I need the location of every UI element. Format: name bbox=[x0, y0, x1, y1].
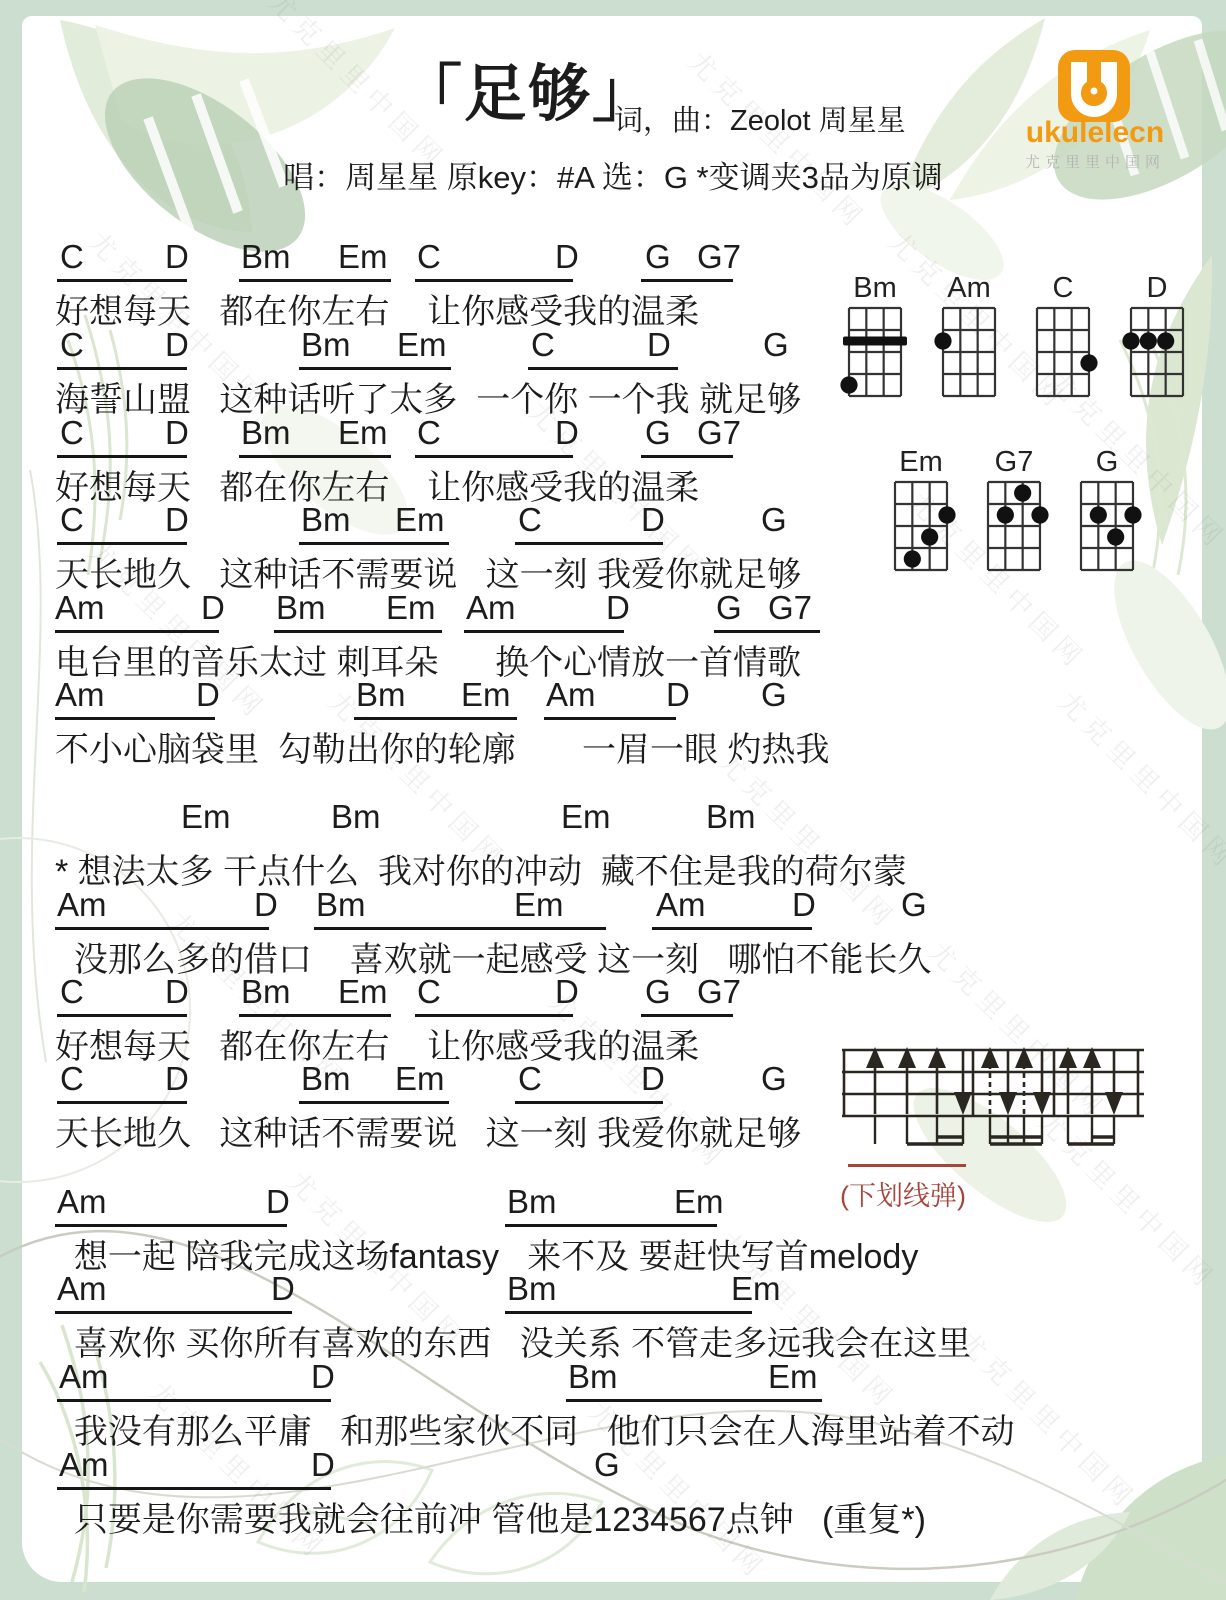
song-line: EmBmEmBm* 想法太多 干点什么 我对你的冲动 藏不住是我的荷尔蒙 bbox=[55, 798, 1205, 890]
chord-token-Bm: Bm bbox=[241, 238, 291, 276]
chord-token-Bm: Bm bbox=[241, 973, 291, 1011]
chord-token-Am: Am bbox=[59, 1358, 109, 1396]
chord-token-D: D bbox=[165, 973, 189, 1011]
song-line: AmDG 只要是你需要我就会往前冲 管他是1234567点钟 (重复*) bbox=[55, 1446, 1205, 1538]
chord-underline bbox=[57, 455, 187, 458]
chord-underline bbox=[55, 630, 219, 633]
song-line: AmDBmEmAmDG 没那么多的借口 喜欢就一起感受 这一刻 哪怕不能长久 bbox=[55, 886, 1205, 978]
chord-underline bbox=[55, 717, 215, 720]
chord-underline bbox=[641, 455, 733, 458]
chord-underline bbox=[239, 1014, 391, 1017]
chord-underline bbox=[354, 717, 517, 720]
chord-diagram-Em: Em bbox=[886, 446, 958, 580]
song-credits: 词，曲：Zeolot 周星星 bbox=[614, 98, 906, 139]
chord-token-D: D bbox=[266, 1183, 290, 1221]
chord-underline bbox=[57, 1101, 187, 1104]
chord-token-Em: Em bbox=[395, 1060, 445, 1098]
chord-token-Em: Em bbox=[674, 1183, 724, 1221]
lyric-line: 天长地久 这种话不需要说 这一刻 我爱你就足够 bbox=[55, 1106, 801, 1155]
chord-token-D: D bbox=[555, 414, 579, 452]
chord-token-Em: Em bbox=[338, 238, 388, 276]
chord-token-D: D bbox=[555, 973, 579, 1011]
chord-token-Am: Am bbox=[656, 886, 706, 924]
chord-token-C: C bbox=[60, 1060, 84, 1098]
chord-token-G: G bbox=[763, 326, 789, 364]
chord-token-G7: G7 bbox=[697, 973, 741, 1011]
chord-token-Am: Am bbox=[57, 1270, 107, 1308]
chord-underline bbox=[57, 1014, 187, 1017]
svg-text:C: C bbox=[1053, 272, 1074, 304]
chord-token-D: D bbox=[606, 589, 630, 627]
chord-token-D: D bbox=[666, 676, 690, 714]
chord-token-Am: Am bbox=[57, 1183, 107, 1221]
chord-token-G: G bbox=[761, 501, 787, 539]
chord-token-C: C bbox=[60, 326, 84, 364]
ukulele-logo-icon bbox=[1056, 48, 1132, 124]
chord-token-G: G bbox=[716, 589, 742, 627]
lyric-line: 只要是你需要我就会往前冲 管他是1234567点钟 (重复*) bbox=[55, 1492, 926, 1541]
chord-token-C: C bbox=[60, 501, 84, 539]
chord-token-C: C bbox=[518, 501, 542, 539]
chord-token-D: D bbox=[647, 326, 671, 364]
strum-annotation: (下划线弹) bbox=[840, 1174, 966, 1213]
song-line: AmDBmEmAmDG不小心脑袋里 勾勒出你的轮廓 一眉一眼 灼热我 bbox=[55, 676, 1205, 768]
svg-text:D: D bbox=[1147, 272, 1168, 304]
chord-token-C: C bbox=[60, 973, 84, 1011]
chord-token-Em: Em bbox=[181, 798, 231, 836]
song-line: AmDBmEm 想一起 陪我完成这场fantasy 来不及 要赶快写首melod… bbox=[55, 1183, 1205, 1275]
chord-token-G: G bbox=[645, 414, 671, 452]
chord-diagram-D: D bbox=[1122, 272, 1194, 406]
chord-line: AmDBmEmAmDG bbox=[55, 886, 1205, 930]
svg-text:G: G bbox=[1096, 446, 1119, 478]
chord-line: AmDBmEmAmDGG7 bbox=[55, 589, 1205, 633]
chord-token-D: D bbox=[311, 1446, 335, 1484]
chord-token-D: D bbox=[196, 676, 220, 714]
chord-line: CDBmEmCDGG7 bbox=[55, 973, 1205, 1017]
chord-underline bbox=[415, 455, 573, 458]
chord-underline bbox=[299, 542, 449, 545]
chord-diagram-Bm: Bm bbox=[840, 272, 912, 406]
chord-token-Bm: Bm bbox=[331, 798, 381, 836]
chord-diagram-Am: Am bbox=[934, 272, 1006, 406]
chord-token-Em: Em bbox=[561, 798, 611, 836]
chord-token-Am: Am bbox=[466, 589, 516, 627]
chord-token-D: D bbox=[254, 886, 278, 924]
chord-token-Bm: Bm bbox=[301, 501, 351, 539]
strum-pattern bbox=[838, 1034, 1148, 1174]
chord-token-Em: Em bbox=[768, 1358, 818, 1396]
chord-token-G: G bbox=[645, 238, 671, 276]
chord-underline bbox=[55, 1311, 292, 1314]
chord-token-Bm: Bm bbox=[507, 1270, 557, 1308]
chord-token-Am: Am bbox=[546, 676, 596, 714]
chord-token-Em: Em bbox=[338, 973, 388, 1011]
song-line: AmDBmEm 我没有那么平庸 和那些家伙不同 他们只会在人海里站着不动 bbox=[55, 1358, 1205, 1450]
chord-token-Em: Em bbox=[461, 676, 511, 714]
chord-line: EmBmEmBm bbox=[55, 798, 1205, 842]
chord-token-Bm: Bm bbox=[241, 414, 291, 452]
chord-underline bbox=[464, 630, 624, 633]
chord-line: AmDBmEm bbox=[55, 1270, 1205, 1314]
chord-underline bbox=[314, 927, 606, 930]
chord-token-Em: Em bbox=[731, 1270, 781, 1308]
chord-token-D: D bbox=[165, 414, 189, 452]
chord-underline bbox=[641, 279, 733, 282]
chord-token-C: C bbox=[531, 326, 555, 364]
chord-token-D: D bbox=[165, 326, 189, 364]
chord-underline bbox=[57, 1487, 331, 1490]
chord-underline bbox=[528, 367, 678, 370]
chord-underline bbox=[299, 367, 451, 370]
chord-underline bbox=[641, 1014, 733, 1017]
chord-diagram-G7: G7 bbox=[979, 446, 1051, 580]
chord-token-C: C bbox=[518, 1060, 542, 1098]
chord-line: AmDBmEmAmDG bbox=[55, 676, 1205, 720]
chord-token-Em: Em bbox=[338, 414, 388, 452]
svg-text:Em: Em bbox=[899, 446, 943, 478]
lyric-line: 不小心脑袋里 勾勒出你的轮廓 一眉一眼 灼热我 bbox=[55, 722, 829, 771]
chord-token-Bm: Bm bbox=[316, 886, 366, 924]
chord-token-D: D bbox=[165, 1060, 189, 1098]
chord-underline bbox=[57, 279, 187, 282]
chord-token-G7: G7 bbox=[697, 414, 741, 452]
chord-underline bbox=[57, 1399, 331, 1402]
chord-diagram-C: C bbox=[1028, 272, 1100, 406]
chord-underline bbox=[515, 1101, 663, 1104]
chord-line: AmDG bbox=[55, 1446, 1205, 1490]
chord-token-Em: Em bbox=[397, 326, 447, 364]
logo-name: ukulelecn bbox=[1015, 116, 1175, 150]
chord-diagram-G: G bbox=[1072, 446, 1144, 580]
chord-token-C: C bbox=[417, 238, 441, 276]
chord-underline bbox=[652, 927, 812, 930]
chord-token-G: G bbox=[761, 676, 787, 714]
chord-underline bbox=[415, 279, 573, 282]
logo-caption: 尤克里里中国网 bbox=[1015, 151, 1175, 172]
chord-underline bbox=[544, 717, 676, 720]
chord-token-D: D bbox=[792, 886, 816, 924]
svg-text:G7: G7 bbox=[995, 446, 1034, 478]
chord-token-G7: G7 bbox=[768, 589, 812, 627]
chord-token-G: G bbox=[901, 886, 927, 924]
chord-token-Bm: Bm bbox=[356, 676, 406, 714]
chord-underline bbox=[566, 1399, 822, 1402]
chord-token-D: D bbox=[641, 1060, 665, 1098]
chord-token-Bm: Bm bbox=[706, 798, 756, 836]
chord-token-D: D bbox=[641, 501, 665, 539]
chord-token-G: G bbox=[761, 1060, 787, 1098]
chord-token-Em: Em bbox=[395, 501, 445, 539]
chord-token-Bm: Bm bbox=[507, 1183, 557, 1221]
chord-token-Am: Am bbox=[57, 886, 107, 924]
chord-underline bbox=[57, 367, 187, 370]
chord-token-Am: Am bbox=[55, 676, 105, 714]
chord-underline bbox=[55, 1224, 287, 1227]
chord-token-Bm: Bm bbox=[568, 1358, 618, 1396]
chord-underline bbox=[505, 1224, 717, 1227]
chord-token-G: G bbox=[594, 1446, 620, 1484]
chord-token-C: C bbox=[60, 414, 84, 452]
chord-token-Am: Am bbox=[55, 589, 105, 627]
chord-token-D: D bbox=[201, 589, 225, 627]
chord-token-D: D bbox=[555, 238, 579, 276]
chord-underline bbox=[505, 1311, 752, 1314]
chord-underline bbox=[415, 1014, 573, 1017]
chord-token-D: D bbox=[271, 1270, 295, 1308]
chord-token-Em: Em bbox=[386, 589, 436, 627]
chord-underline bbox=[55, 927, 269, 930]
strum-underline-mark bbox=[848, 1164, 966, 1167]
chord-token-Bm: Bm bbox=[276, 589, 326, 627]
song-line: AmDBmEmAmDGG7电台里的音乐太过 刺耳朵 换个心情放一首情歌 bbox=[55, 589, 1205, 681]
svg-text:Am: Am bbox=[947, 272, 991, 304]
chord-token-Bm: Bm bbox=[301, 326, 351, 364]
chord-underline bbox=[299, 1101, 449, 1104]
chord-token-Am: Am bbox=[59, 1446, 109, 1484]
chord-underline bbox=[515, 542, 663, 545]
chord-underline bbox=[57, 542, 187, 545]
chord-underline bbox=[239, 279, 391, 282]
chord-token-D: D bbox=[165, 238, 189, 276]
chord-token-C: C bbox=[417, 973, 441, 1011]
song-line: AmDBmEm 喜欢你 买你所有喜欢的东西 没关系 不管走多远我会在这里 bbox=[55, 1270, 1205, 1362]
chord-line: AmDBmEm bbox=[55, 1358, 1205, 1402]
chord-token-G: G bbox=[645, 973, 671, 1011]
chord-token-C: C bbox=[60, 238, 84, 276]
chord-underline bbox=[239, 455, 391, 458]
chord-token-Bm: Bm bbox=[301, 1060, 351, 1098]
chord-underline bbox=[714, 630, 820, 633]
chord-token-G7: G7 bbox=[697, 238, 741, 276]
chord-line: AmDBmEm bbox=[55, 1183, 1205, 1227]
svg-text:Bm: Bm bbox=[853, 272, 897, 304]
chord-token-D: D bbox=[311, 1358, 335, 1396]
chord-token-Em: Em bbox=[514, 886, 564, 924]
chord-token-D: D bbox=[165, 501, 189, 539]
chord-underline bbox=[274, 630, 442, 633]
chord-token-C: C bbox=[417, 414, 441, 452]
sheet-canvas: 尤克里里中国网尤克里里中国网尤克里里中国网尤克里里中国网尤克里里中国网尤克里里中… bbox=[0, 0, 1226, 1600]
